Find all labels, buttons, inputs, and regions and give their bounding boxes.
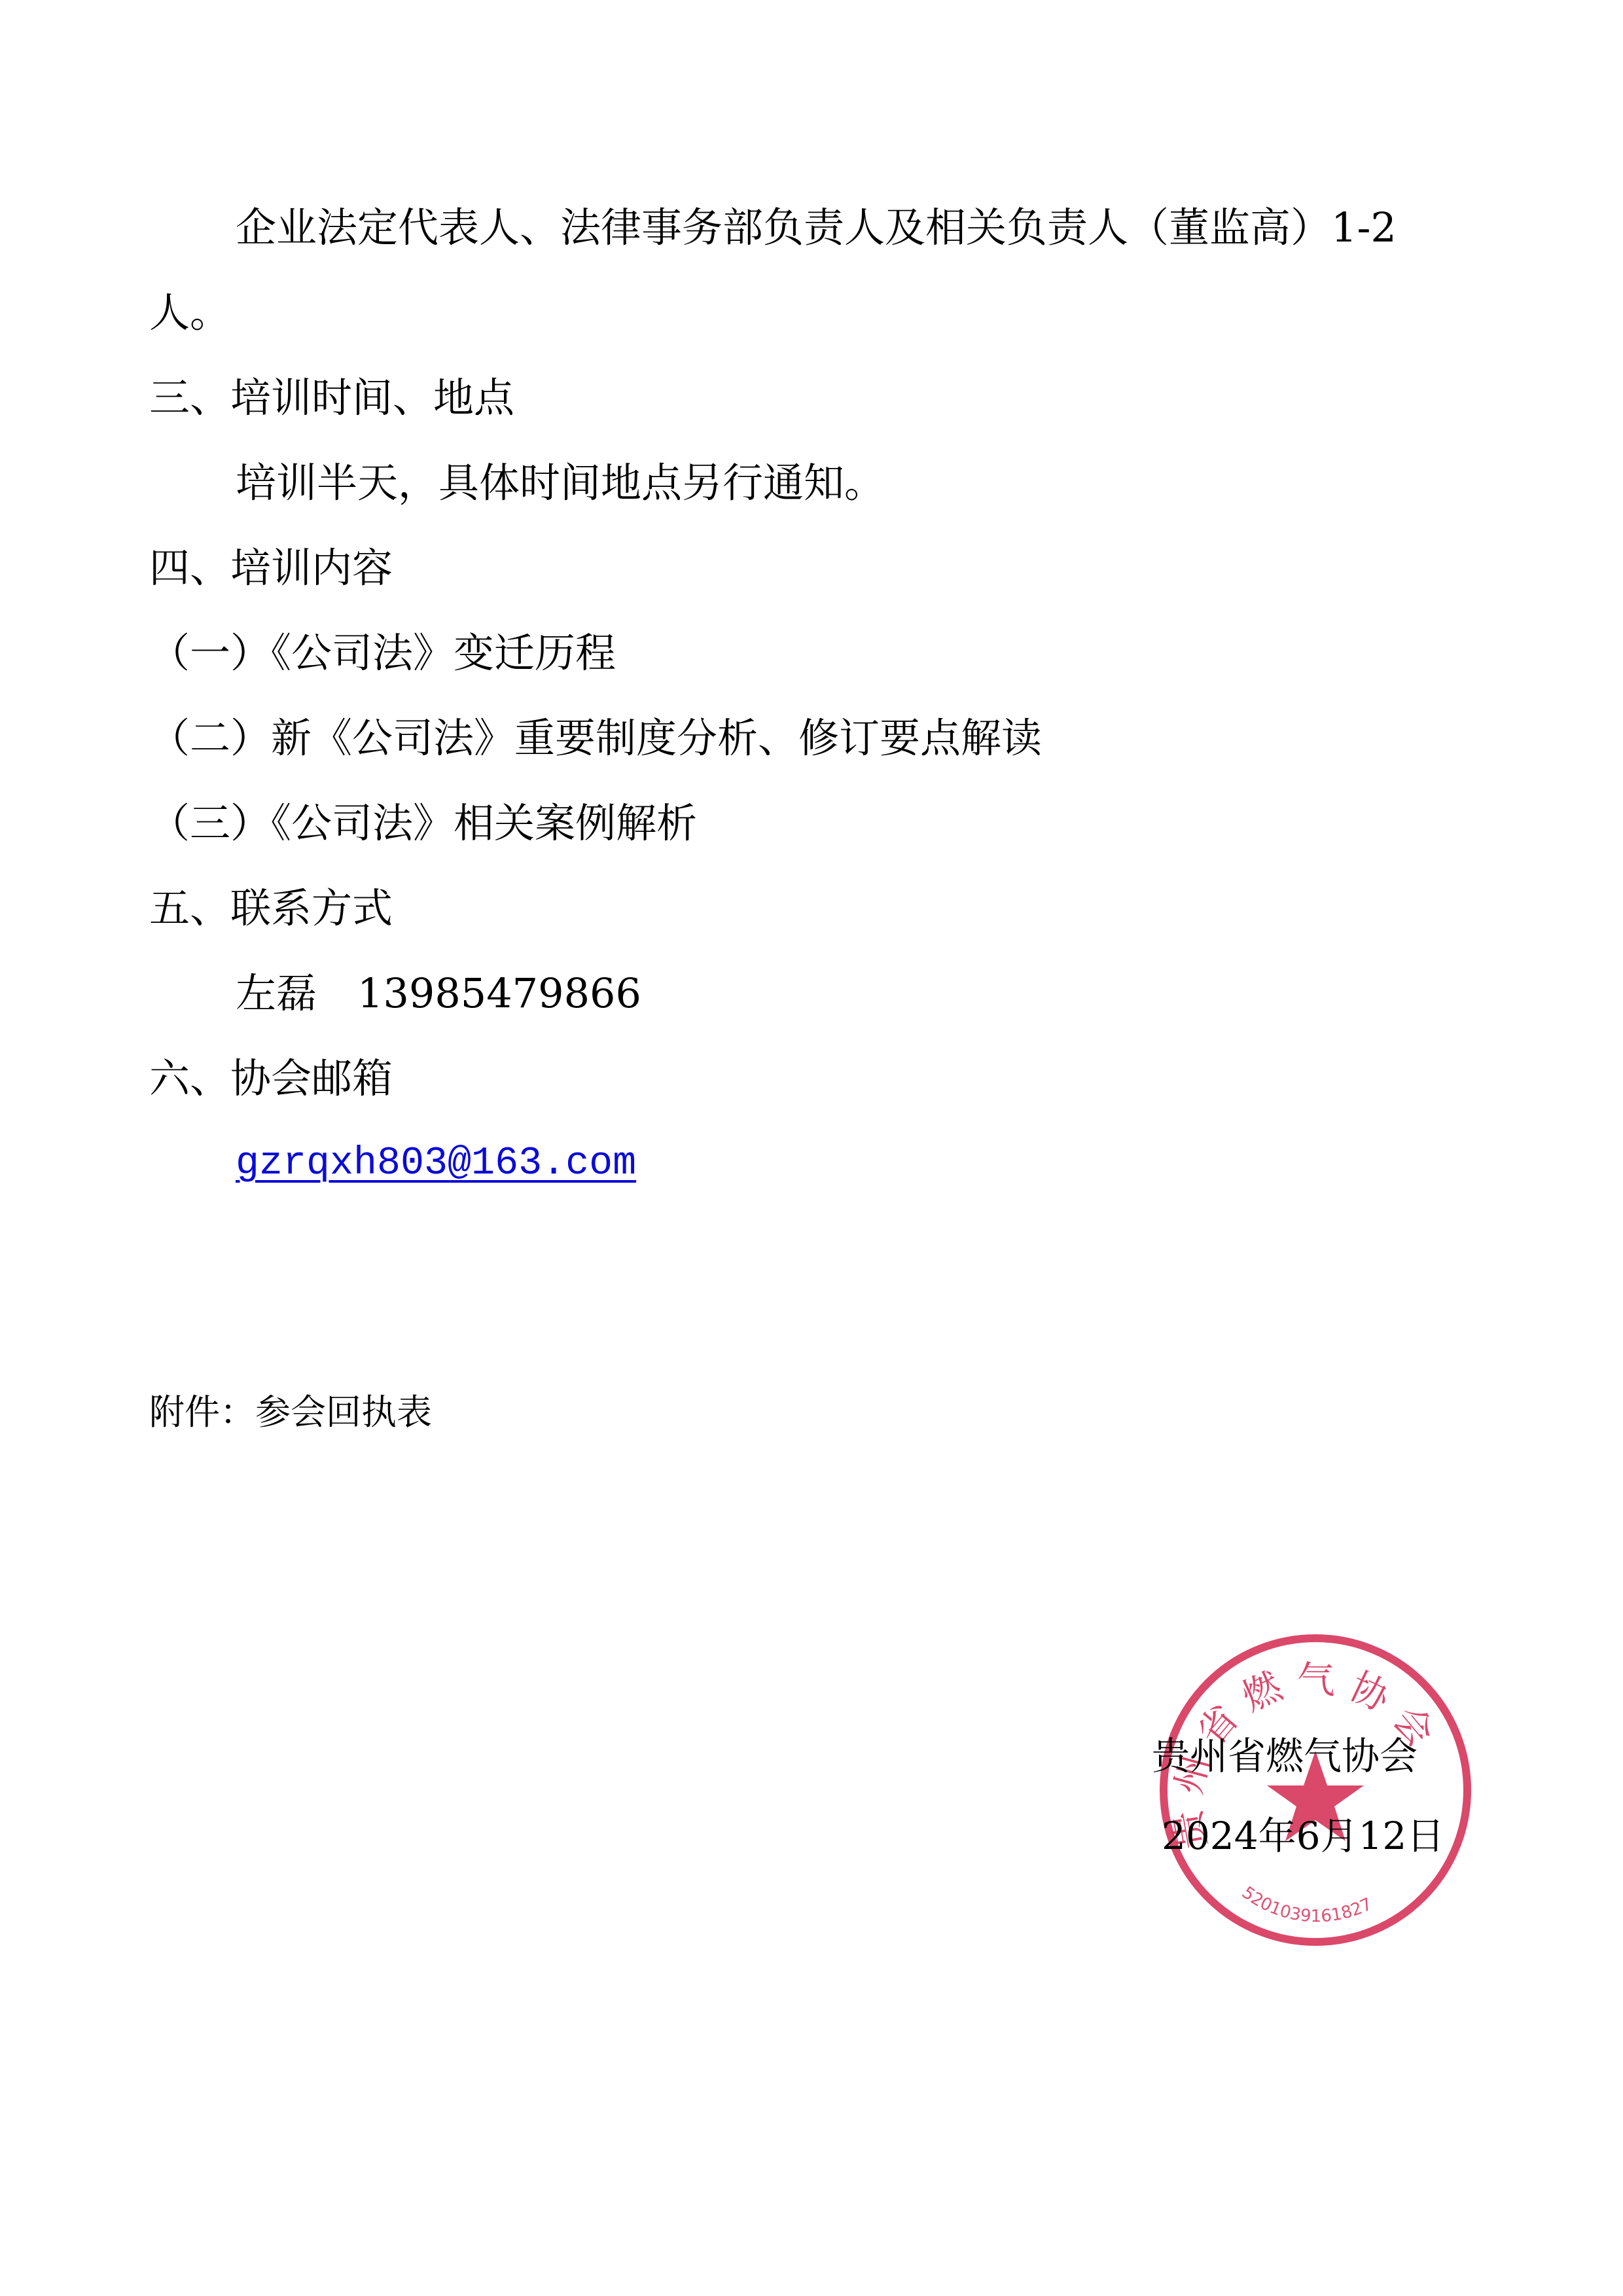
contact-info: 左磊 13985479866 [236, 967, 641, 1020]
content-item-2: （二）新《公司法》重要制度分析、修订要点解读 [149, 712, 1042, 764]
heading-time-place: 三、培训时间、地点 [149, 372, 514, 424]
paragraph-time-place: 培训半天，具体时间地点另行通知。 [236, 457, 885, 509]
official-seal-icon: 贵 州 省 燃 气 协 会 5201039161827 [1152, 1630, 1479, 1957]
signature-org: 贵州省燃气协会 [1152, 1733, 1418, 1779]
heading-contact: 五、联系方式 [149, 882, 393, 935]
heading-email: 六、协会邮箱 [149, 1052, 393, 1105]
svg-text:5201039161827: 5201039161827 [1238, 1883, 1376, 1926]
content-item-3: （三）《公司法》相关案例解析 [149, 797, 697, 850]
paragraph-participants: 企业法定代表人、法律事务部负责人及相关负责人（董监高）1-2 [236, 202, 1397, 254]
heading-content: 四、培训内容 [149, 542, 393, 594]
paragraph-participants-cont: 人。 [149, 287, 230, 339]
attachment-note: 附件：参会回执表 [149, 1386, 432, 1439]
email-link[interactable]: gzrqxh803@163.com [236, 1138, 636, 1190]
signature-date: 2024年6月12日 [1162, 1813, 1444, 1859]
content-item-1: （一）《公司法》变迁历程 [149, 627, 616, 679]
